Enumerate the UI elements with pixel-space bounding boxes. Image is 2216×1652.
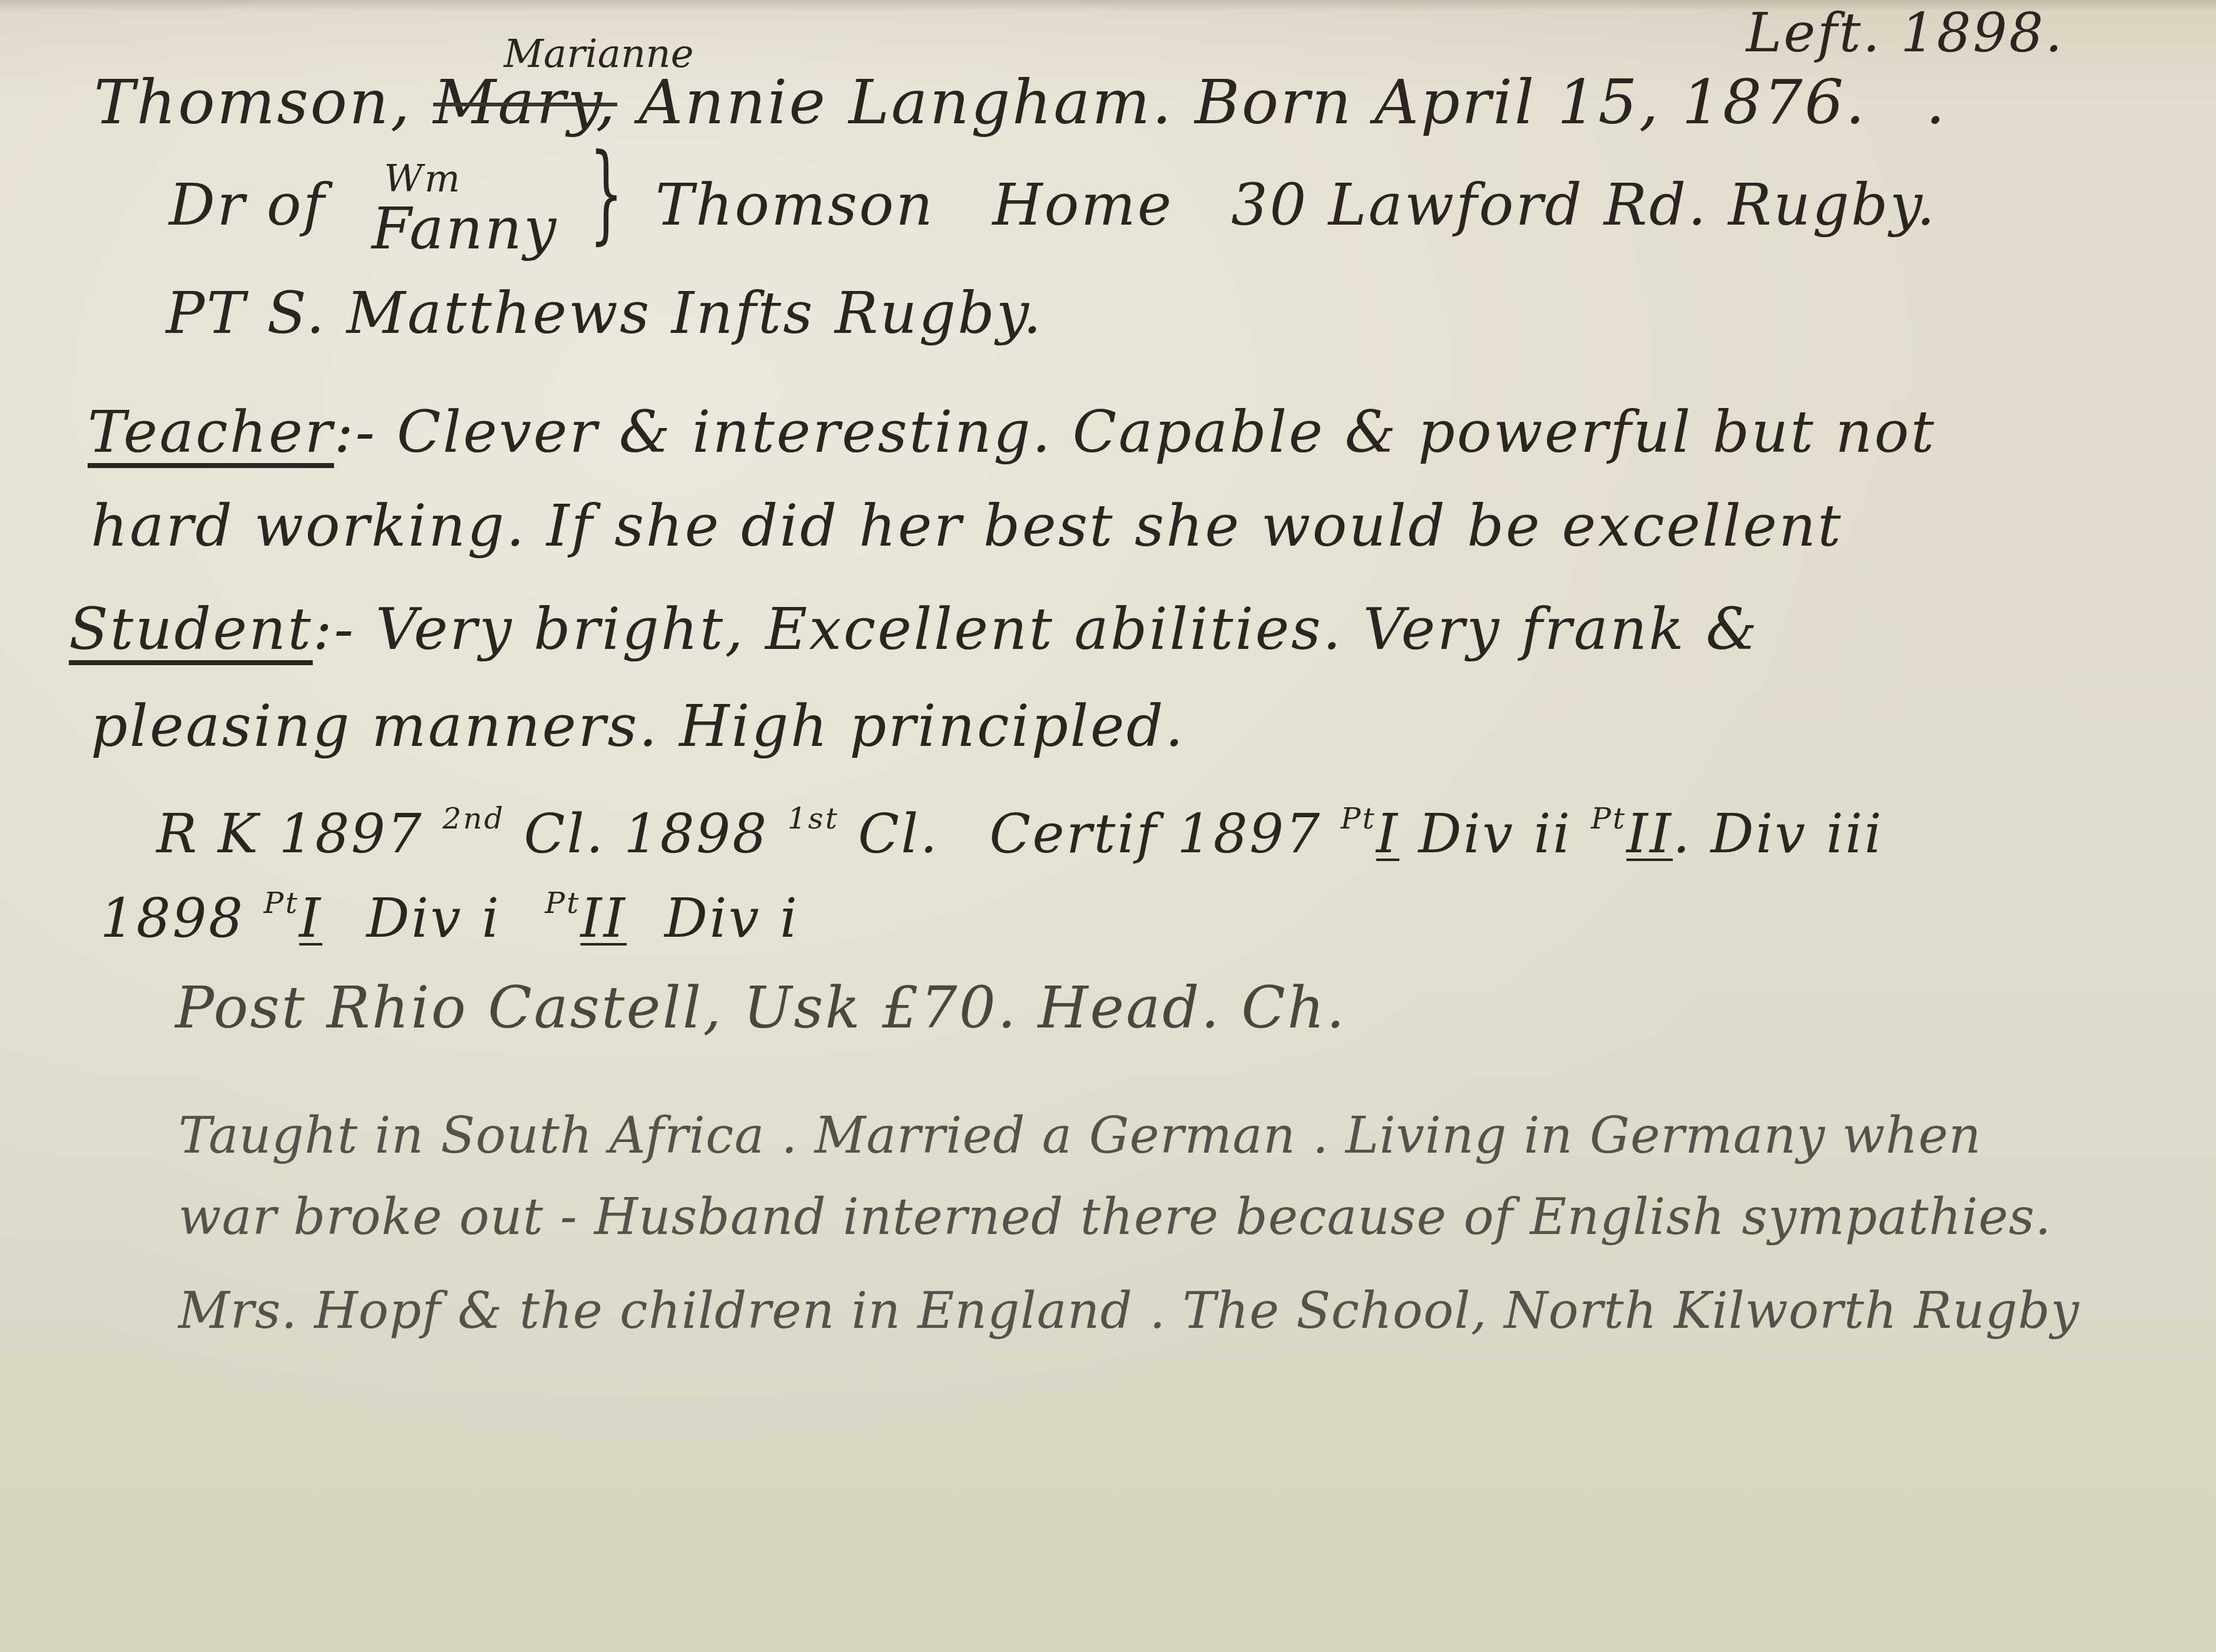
- teacher-label: Teacher: [88, 399, 334, 466]
- parents-surname: Thomson: [655, 171, 934, 238]
- home-label: Home: [993, 171, 1173, 238]
- part1-division: Div ii: [1418, 803, 1571, 865]
- part2-division: . Div iii: [1673, 803, 1884, 865]
- left-year-annotation: Left. 1898.: [1746, 6, 2064, 60]
- later-notes-line-2: war broke out - Husband interned there b…: [178, 1192, 2051, 1242]
- rk-class-ordinal: 2nd: [442, 802, 505, 836]
- teacher-line-2: hard working. If she did her best she wo…: [91, 497, 1843, 555]
- student-label: Student: [69, 596, 313, 663]
- part1-number-2: I: [299, 887, 322, 950]
- rk2-class-suffix: Cl.: [858, 803, 939, 865]
- part1-label-2: Pt: [263, 886, 299, 920]
- later-notes-line-3: Mrs. Hopf & the children in England . Th…: [178, 1286, 2080, 1336]
- brace-icon: }: [590, 161, 625, 225]
- exam-results-line-1: R K 1897 2nd Cl. 1898 1st Cl. Certif 189…: [156, 804, 1884, 861]
- struck-name: Mary,: [433, 67, 617, 138]
- parents-line: Dr of Wm Fanny } Thomson Home 30 Lawford…: [169, 160, 1937, 260]
- daughter-of-prefix: Dr of: [169, 171, 326, 238]
- student-separator: :-: [313, 596, 355, 663]
- later-notes-line-1: Taught in South Africa . Married a Germa…: [178, 1111, 1981, 1161]
- father-name: Wm: [372, 160, 558, 199]
- given-names: Annie Langham.: [638, 67, 1173, 138]
- pt-line: PT S. Matthews Infts Rugby.: [166, 285, 1043, 342]
- born-date: April 15, 1876.: [1374, 67, 1867, 138]
- part2-number: II: [1626, 803, 1673, 865]
- parents-names-stack: Wm Fanny: [372, 160, 558, 260]
- certificate-year: Certif 1897: [989, 803, 1322, 865]
- post-line: Post Rhio Castell, Usk £70. Head. Ch.: [175, 979, 1346, 1037]
- student-line-2: pleasing manners. High principled.: [91, 698, 1185, 755]
- mother-name: Fanny: [372, 199, 558, 260]
- teacher-separator: :-: [334, 399, 377, 466]
- exam-year: 1898: [100, 887, 245, 950]
- entry-name-line: Thomson, Mary, Annie Langham. Born April…: [94, 72, 1947, 133]
- register-page: Left. 1898. Marianne Thomson, Mary, Anni…: [0, 0, 2216, 1652]
- teacher-line-1: Teacher:- Clever & interesting. Capable …: [88, 404, 1936, 461]
- student-line-1: Student:- Very bright, Excellent abiliti…: [69, 601, 1759, 658]
- rk-class-suffix: Cl. 1898: [524, 803, 768, 865]
- part1-label: Pt: [1340, 802, 1376, 836]
- part1-number: I: [1376, 803, 1399, 865]
- born-label: Born: [1195, 67, 1353, 138]
- teacher-remark-1: Clever & interesting. Capable & powerful…: [397, 399, 1936, 466]
- student-remark-1: Very bright, Excellent abilities. Very f…: [375, 596, 1759, 663]
- home-address: 30 Lawford Rd. Rugby.: [1231, 171, 1937, 238]
- rk2-class-ordinal: 1st: [787, 802, 839, 836]
- part1-division-2: Div i: [366, 887, 501, 950]
- exam-results-line-2: 1898 PtI Div i PtII Div i: [100, 889, 799, 946]
- part2-label: Pt: [1591, 802, 1626, 836]
- part2-number-2: II: [580, 887, 626, 950]
- rk-year: R K 1897: [156, 803, 424, 865]
- surname: Thomson,: [94, 67, 412, 138]
- part2-division-2: Div i: [665, 887, 799, 950]
- part2-label-2: Pt: [545, 886, 581, 920]
- trailing-mark: .: [1926, 67, 1947, 138]
